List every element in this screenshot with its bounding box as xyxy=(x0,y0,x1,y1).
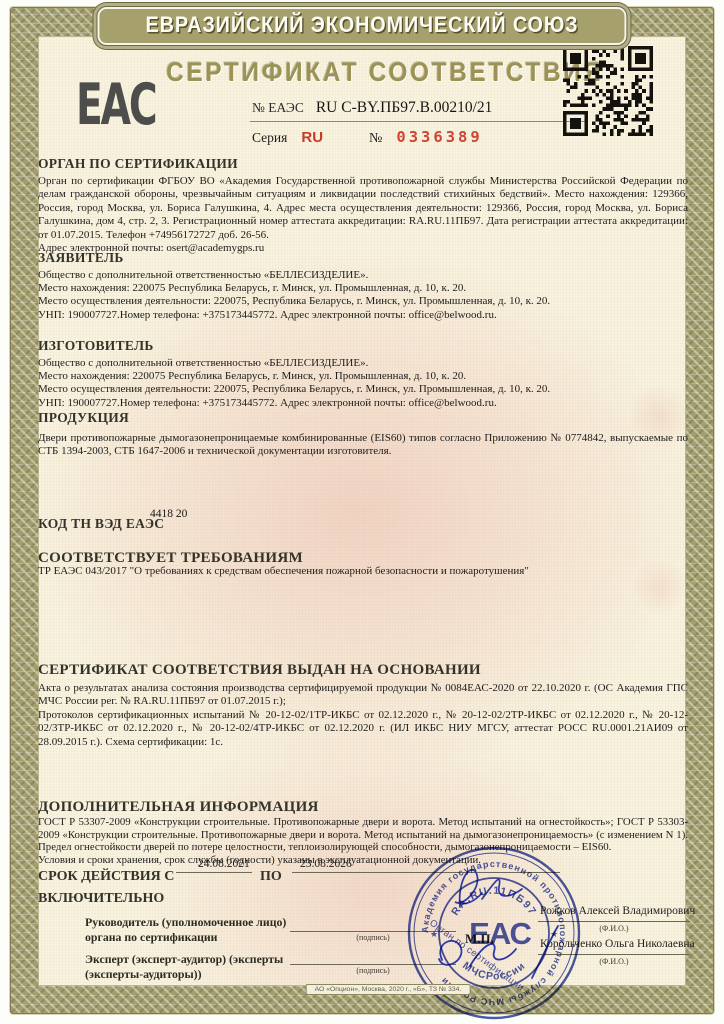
section-additional-info: ДОПОЛНИТЕЛЬНАЯ ИНФОРМАЦИЯ ГОСТ Р 53307-2… xyxy=(38,799,688,867)
section-heading: ОРГАН ПО СЕРТИФИКАЦИИ xyxy=(38,156,688,172)
qr-code-icon xyxy=(563,46,653,136)
expert-role-label: Эксперт (эксперт-аудитор) (эксперты (экс… xyxy=(85,952,305,981)
section-manufacturer: ИЗГОТОВИТЕЛЬ Общество с дополнительной о… xyxy=(38,338,688,410)
tnved-code: 4418 20 xyxy=(150,508,187,520)
stamp-star-left: ★ xyxy=(430,929,438,939)
validity-inclusive-label: ВКЛЮЧИТЕЛЬНО xyxy=(38,891,164,907)
section-requirements: СООТВЕТСТВУЕТ ТРЕБОВАНИЯМ ТР ЕАЭС 043/20… xyxy=(38,550,688,578)
section-heading: ПРОДУКЦИЯ xyxy=(38,410,688,426)
applicant-lines: Общество с дополнительной ответственност… xyxy=(38,269,688,322)
serial-number: 0336389 xyxy=(396,128,482,146)
applicant-line: Место осуществления деятельности: 220075… xyxy=(38,295,688,308)
printer-note: АО «Опцион», Москва, 2020 г., «Б», ТЗ № … xyxy=(306,984,471,995)
validity-to-label: ПО xyxy=(260,869,282,885)
union-banner: ЕВРАЗИЙСКИЙ ЭКОНОМИЧЕСКИЙ СОЮЗ xyxy=(96,6,627,46)
section-heading: ДОПОЛНИТЕЛЬНАЯ ИНФОРМАЦИЯ xyxy=(38,799,688,816)
svg-text:RA.RU.11ПБ97: RA.RU.11ПБ97 xyxy=(449,885,539,918)
series-value: RU xyxy=(301,129,323,146)
basis-paragraph: Протоколов сертификационных испытаний № … xyxy=(38,709,688,749)
union-banner-text: ЕВРАЗИЙСКИЙ ЭКОНОМИЧЕСКИЙ СОЮЗ xyxy=(146,12,579,38)
certification-body-text: Орган по сертификации ФГБОУ ВО «Академия… xyxy=(38,175,688,242)
applicant-line: Место нахождения: 220075 Республика Бела… xyxy=(38,282,688,295)
manufacturer-line: Место нахождения: 220075 Республика Бела… xyxy=(38,370,688,383)
certificate-page: ЕВРАЗИЙСКИЙ ЭКОНОМИЧЕСКИЙ СОЮЗ ЕАС СЕРТИ… xyxy=(0,0,724,1024)
stamp-eac-text: ЕАС xyxy=(469,916,531,951)
stamp-star-right: ★ xyxy=(550,929,558,939)
certificate-number-row: № ЕАЭС RU С-BY.ПБ97.В.00210/21 xyxy=(252,99,492,117)
certificate-title: СЕРТИФИКАТ СООТВЕТСТВИЯ xyxy=(166,57,603,88)
validity-from-line xyxy=(176,860,252,873)
validity-from-label: СРОК ДЕЙСТВИЯ С xyxy=(38,869,174,885)
serial-number-sign: № xyxy=(369,131,382,146)
section-heading: ИЗГОТОВИТЕЛЬ xyxy=(38,338,688,354)
certification-stamp: Академия государственной противопожарной… xyxy=(403,842,585,1024)
section-applicant: ЗАЯВИТЕЛЬ Общество с дополнительной отве… xyxy=(38,250,688,322)
number-label: № ЕАЭС xyxy=(252,100,304,115)
series-row: Серия RU № 0336389 xyxy=(252,128,483,147)
manufacturer-line: УНП: 190007727.Номер телефона: +37517344… xyxy=(38,397,688,410)
number-underline xyxy=(250,121,586,122)
additional-info-text: ГОСТ Р 53307-2009 «Конструкции строитель… xyxy=(38,816,688,854)
number-value: RU С-BY.ПБ97.В.00210/21 xyxy=(316,99,493,116)
section-heading: ЗАЯВИТЕЛЬ xyxy=(38,250,688,266)
applicant-line: Общество с дополнительной ответственност… xyxy=(38,269,688,282)
eac-logo: ЕАС xyxy=(76,72,156,138)
manufacturer-lines: Общество с дополнительной ответственност… xyxy=(38,357,688,410)
product-text: Двери противопожарные дымогазонепроницае… xyxy=(38,432,688,459)
head-role-label: Руководитель (уполномоченное лицо) орган… xyxy=(85,915,300,944)
section-basis: СЕРТИФИКАТ СООТВЕТСТВИЯ ВЫДАН НА ОСНОВАН… xyxy=(38,662,688,749)
section-certification-body: ОРГАН ПО СЕРТИФИКАЦИИ Орган по сертифика… xyxy=(38,156,688,255)
section-product: ПРОДУКЦИЯ Двери противопожарные дымогазо… xyxy=(38,410,688,459)
manufacturer-line: Общество с дополнительной ответственност… xyxy=(38,357,688,370)
basis-paragraph: Акта о результатах анализа состояния про… xyxy=(38,682,688,709)
tnved-heading: КОД ТН ВЭД ЕАЭС xyxy=(38,516,164,532)
section-heading: СЕРТИФИКАТ СООТВЕТСТВИЯ ВЫДАН НА ОСНОВАН… xyxy=(38,662,688,679)
series-label: Серия xyxy=(252,130,287,145)
applicant-line: УНП: 190007727.Номер телефона: +37517344… xyxy=(38,309,688,322)
requirements-text: ТР ЕАЭС 043/2017 "О требованиях к средст… xyxy=(38,565,688,578)
manufacturer-line: Место осуществления деятельности: 220075… xyxy=(38,383,688,396)
